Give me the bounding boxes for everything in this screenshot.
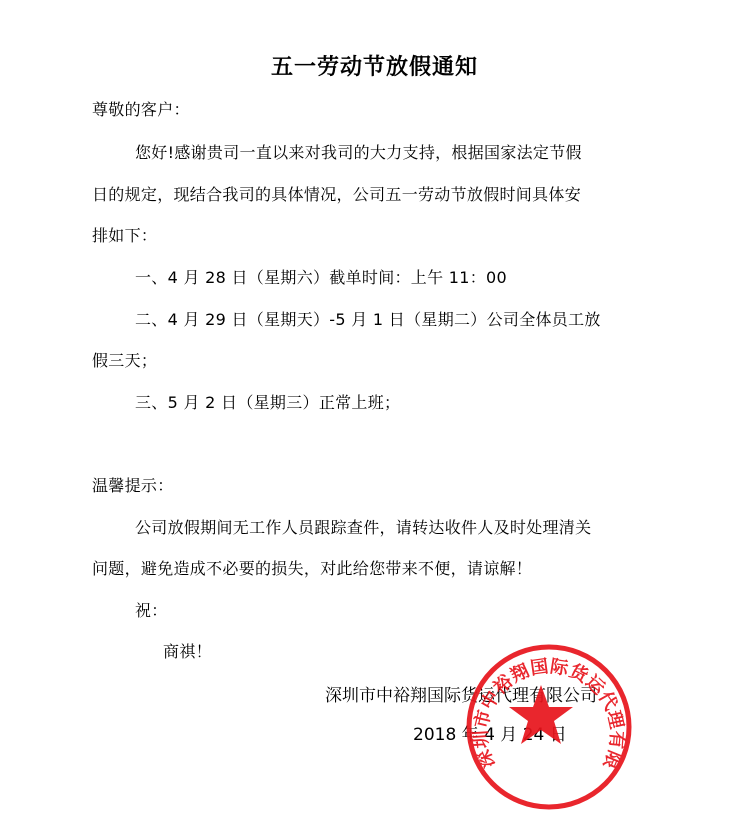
reminder-line-1: 公司放假期间无工作人员跟踪查件，请转达收件人及时处理清关 bbox=[135, 515, 591, 538]
signature-date: 2018 年 4 月 24 日 bbox=[413, 720, 567, 745]
notice-document: 五一劳动节放假通知 尊敬的客户： 您好!感谢贵司一直以来对我司的大力支持，根据国… bbox=[0, 0, 749, 826]
seal-text: 深圳市中裕翔国际货运代理有限公司 bbox=[465, 643, 628, 772]
signature-company: 深圳市中裕翔国际货运代理有限公司 bbox=[325, 681, 597, 706]
reminder-heading: 温馨提示： bbox=[92, 473, 174, 496]
intro-line-3: 排如下： bbox=[92, 223, 157, 246]
schedule-item-2-cont: 假三天； bbox=[92, 348, 157, 371]
schedule-item-1: 一、4 月 28 日（星期六）截单时间：上午 11：00 bbox=[135, 265, 507, 288]
intro-line-1: 您好!感谢贵司一直以来对我司的大力支持，根据国家法定节假 bbox=[135, 140, 582, 163]
intro-line-2: 日的规定，现结合我司的具体情况，公司五一劳动节放假时间具体安 bbox=[92, 182, 581, 205]
closing-regards: 商祺！ bbox=[163, 639, 212, 662]
document-title: 五一劳动节放假通知 bbox=[0, 50, 749, 81]
closing-wish: 祝： bbox=[135, 598, 168, 621]
schedule-item-2: 二、4 月 29 日（星期天）-5 月 1 日（星期二）公司全体员工放 bbox=[135, 307, 601, 330]
reminder-line-2: 问题，避免造成不必要的损失，对此给您带来不便，请谅解！ bbox=[92, 556, 532, 579]
salutation: 尊敬的客户： bbox=[92, 97, 190, 120]
schedule-item-3: 三、5 月 2 日（星期三）正常上班； bbox=[135, 390, 400, 413]
